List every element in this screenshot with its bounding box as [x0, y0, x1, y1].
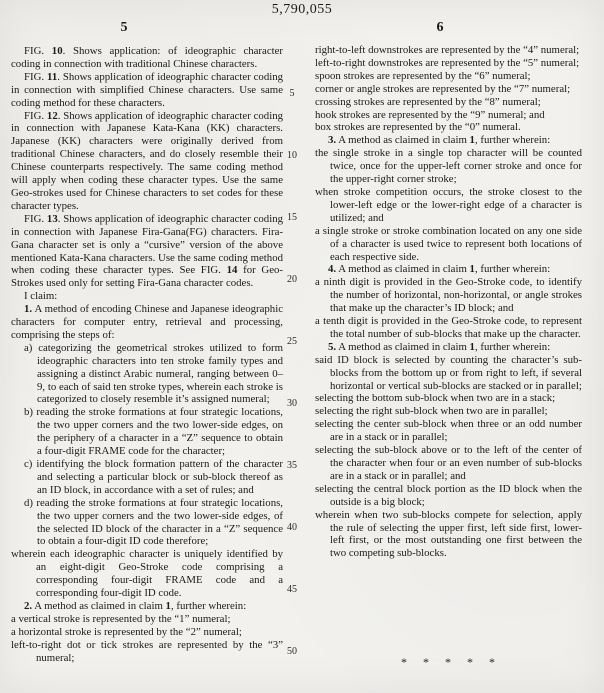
- paragraph: right-to-left downstrokes are represente…: [315, 44, 582, 57]
- paragraph: selecting the sub-block above or to the …: [315, 444, 582, 483]
- paragraph: FIG. 11. Shows application of ideographi…: [11, 71, 283, 110]
- paragraph: FIG. 12. Shows application of ideographi…: [11, 110, 283, 213]
- paragraph: a tenth digit is provided in the Geo-Str…: [315, 315, 582, 341]
- paragraph: a horizontal stroke is represented by th…: [11, 626, 283, 639]
- paragraph: b) reading the stroke formations at four…: [11, 406, 283, 458]
- gutter-line-number: 25: [280, 336, 304, 347]
- paragraph: crossing strokes are represented by the …: [315, 96, 582, 109]
- paragraph: a single stroke or stroke combination lo…: [315, 225, 582, 264]
- paragraph: when stroke competition occurs, the stro…: [315, 186, 582, 225]
- paragraph: spoon strokes are represented by the “6”…: [315, 70, 582, 83]
- gutter-line-number: 10: [280, 150, 304, 161]
- paragraph: FIG. 13. Shows application of ideographi…: [11, 213, 283, 290]
- patent-page: 5,790,055 5 6 5101520253035404550 FIG. 1…: [0, 0, 604, 693]
- gutter-line-number: 50: [280, 646, 304, 657]
- paragraph: hook strokes are represented by the “9” …: [315, 109, 582, 122]
- paragraph: selecting the bottom sub-block when two …: [315, 392, 582, 405]
- paragraph: said ID block is selected by counting th…: [315, 354, 582, 393]
- paragraph: 3. A method as claimed in claim 1, furth…: [315, 134, 582, 147]
- page-column-number-right: 6: [428, 20, 452, 36]
- paragraph: 1. A method of encoding Chinese and Japa…: [11, 303, 283, 342]
- gutter-line-number: 45: [280, 584, 304, 595]
- left-text-column: FIG. 10. Shows application: of ideograph…: [11, 45, 283, 665]
- right-text-column: right-to-left downstrokes are represente…: [315, 44, 582, 560]
- gutter-line-number: 15: [280, 212, 304, 223]
- paragraph: FIG. 10. Shows application: of ideograph…: [11, 45, 283, 71]
- gutter-line-number: 35: [280, 460, 304, 471]
- paragraph: box strokes are represented by the “0” n…: [315, 121, 582, 134]
- paragraph: the single stroke in a single top charac…: [315, 147, 582, 186]
- paragraph: wherein each ideographic character is un…: [11, 548, 283, 600]
- paragraph: I claim:: [11, 290, 283, 303]
- paragraph: 2. A method as claimed in claim 1, furth…: [11, 600, 283, 613]
- paragraph: d) reading the stroke formations at four…: [11, 497, 283, 549]
- paragraph: 5. A method as claimed in claim 1, furth…: [315, 341, 582, 354]
- paragraph: wherein when two sub-blocks compete for …: [315, 509, 582, 561]
- paragraph: left-to-right dot or tick strokes are re…: [11, 639, 283, 665]
- paragraph: a) categorizing the geometrical strokes …: [11, 342, 283, 407]
- paragraph: corner or angle strokes are represented …: [315, 83, 582, 96]
- paragraph: selecting the central block portion as t…: [315, 483, 582, 509]
- gutter-line-number: 30: [280, 398, 304, 409]
- gutter-line-number: 20: [280, 274, 304, 285]
- end-of-claims-asterisks: * * * * *: [315, 655, 582, 670]
- paragraph: a vertical stroke is represented by the …: [11, 613, 283, 626]
- paragraph: 4. A method as claimed in claim 1, furth…: [315, 263, 582, 276]
- paragraph: left-to-right downstrokes are represente…: [315, 57, 582, 70]
- page-column-number-left: 5: [112, 20, 136, 36]
- paragraph: selecting the center sub-block when thre…: [315, 418, 582, 444]
- gutter-line-number: 40: [280, 522, 304, 533]
- patent-number: 5,790,055: [0, 2, 604, 18]
- paragraph: c) identifying the block formation patte…: [11, 458, 283, 497]
- paragraph: selecting the right sub-block when two a…: [315, 405, 582, 418]
- gutter-line-number: 5: [280, 88, 304, 99]
- paragraph: a ninth digit is provided in the Geo-Str…: [315, 276, 582, 315]
